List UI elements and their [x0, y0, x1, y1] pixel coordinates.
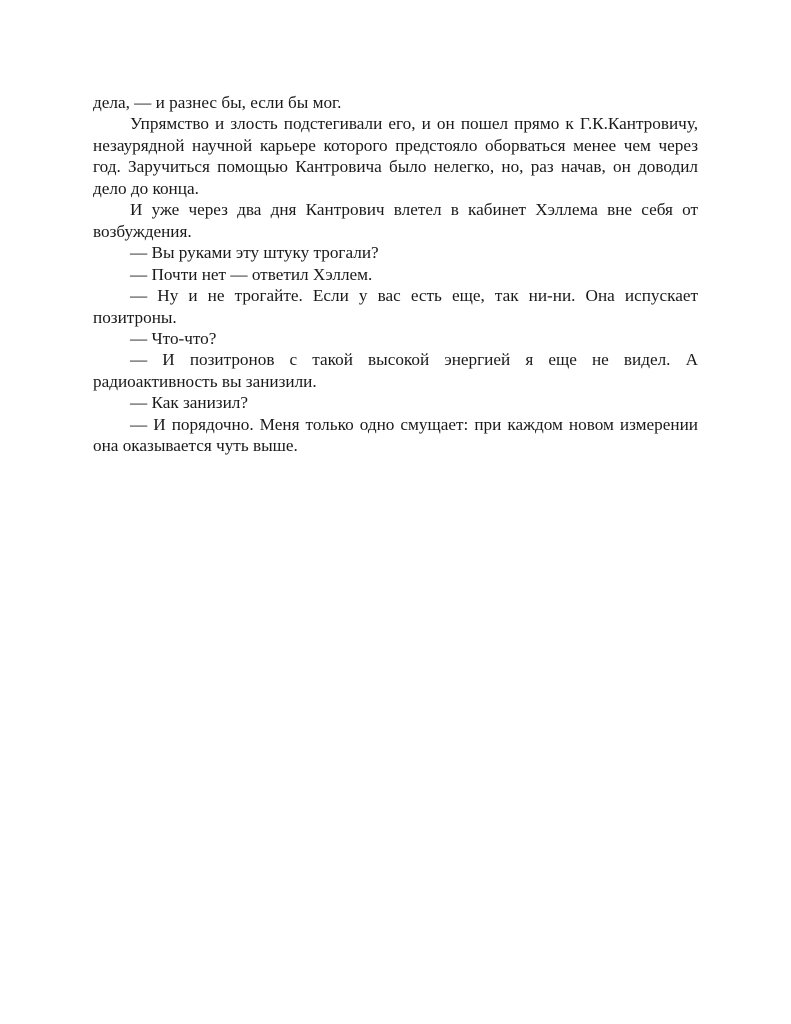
dialogue-line: — Ну и не трогайте. Если у вас есть еще,…: [93, 285, 698, 328]
paragraph-narrative: И уже через два дня Кантрович влетел в к…: [93, 199, 698, 242]
dialogue-line: — Почти нет — ответил Хэллем.: [93, 264, 698, 285]
paragraph-continuation: дела, — и разнес бы, если бы мог.: [93, 92, 698, 113]
paragraph-narrative: Упрямство и злость подстегивали его, и о…: [93, 113, 698, 199]
dialogue-line: — Вы руками эту штуку трогали?: [93, 242, 698, 263]
dialogue-line: — И позитронов с такой высокой энергией …: [93, 349, 698, 392]
document-page: дела, — и разнес бы, если бы мог. Упрямс…: [93, 92, 698, 457]
dialogue-line: — Что-что?: [93, 328, 698, 349]
dialogue-line: — Как занизил?: [93, 392, 698, 413]
dialogue-line: — И порядочно. Меня только одно смущает:…: [93, 414, 698, 457]
